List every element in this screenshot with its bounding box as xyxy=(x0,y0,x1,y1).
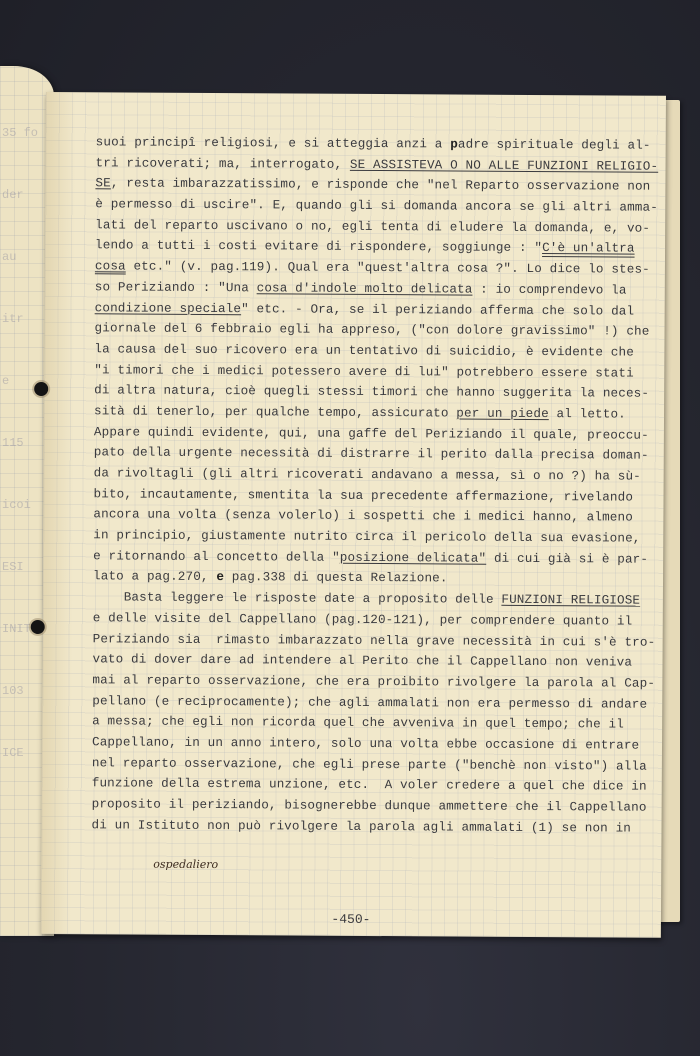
text-line: proposito il periziando, bisognerebbe du… xyxy=(92,794,652,818)
text-run: sità di tenerlo, per qualche tempo, assi… xyxy=(94,404,456,420)
ghost-text: INIT xyxy=(2,622,31,636)
text-run: pato della urgente necessità di distrarr… xyxy=(94,446,649,463)
handwritten-insertion: ospedaliero xyxy=(153,858,218,871)
text-run: suoi principî religiosi, e si atteggia a… xyxy=(96,135,451,151)
text-run: ancora una volta (senza volerlo) i sospe… xyxy=(93,508,633,525)
ghost-text: e xyxy=(2,374,9,388)
text-run: Appare quindi evidente, qui, una gaffe d… xyxy=(94,425,649,442)
document-body: suoi principî religiosi, e si atteggia a… xyxy=(91,132,655,839)
underlined-text: SE xyxy=(95,177,111,191)
underlined-text: per un piede xyxy=(456,406,549,421)
ghost-text: 115 xyxy=(2,436,24,450)
text-run: vato di dover dare ad intendere al Perit… xyxy=(92,652,632,669)
text-run: pag.338 di questa Relazione. xyxy=(224,571,448,586)
text-run: , resta imbarazzatissimo, e risponde che… xyxy=(111,177,651,194)
text-run: di un Istituto non può rivolgere la paro… xyxy=(91,818,631,835)
text-run: da rivoltagli (gli altri ricoverati anda… xyxy=(94,466,641,483)
text-run: so Periziando : "Una xyxy=(95,280,257,295)
text-run: e ritornando al concetto della " xyxy=(93,549,340,565)
underlined-text: condizione speciale xyxy=(95,301,242,316)
binder-hole-top xyxy=(34,382,48,396)
text-run: funzione della estrema unzione, etc. A v… xyxy=(92,777,647,794)
text-line: so Periziando : "Una cosa d'indole molto… xyxy=(95,277,655,301)
text-run: la causa del suo ricovero era un tentati… xyxy=(94,342,634,359)
text-run: tri ricoverati; ma, interrogato, xyxy=(96,156,350,172)
text-run: nel reparto osservazione, che egli prese… xyxy=(92,756,647,773)
underlined-text: FUNZIONI RELIGIOSE xyxy=(501,593,640,608)
text-line: di un Istituto non può rivolgere la paro… xyxy=(91,815,651,839)
text-run: mai al reparto osservazione, che era pro… xyxy=(92,673,655,690)
text-run: in principio, giustamente nutrito circa … xyxy=(93,528,640,545)
text-run: Periziando sia rimasto imbarazzato nella… xyxy=(93,632,656,649)
ghost-text: der xyxy=(2,188,24,202)
text-run: di altra natura, cioè quegli stessi timo… xyxy=(94,384,649,401)
ghost-text: 103 xyxy=(2,684,24,698)
text-run: etc." (v. pag.119). Qual era "quest'altr… xyxy=(126,260,650,277)
text-run: pellano (e reciprocamente); che agli amm… xyxy=(92,694,647,711)
text-run: giornale del 6 febbraio egli ha appreso,… xyxy=(95,321,650,338)
underlined-text: cosa d'indole molto delicata xyxy=(257,281,473,296)
text-run: "i timori che i medici potessero avere d… xyxy=(94,363,634,380)
underlined-text: SE ASSISTEVA O NO ALLE FUNZIONI RELIGIO- xyxy=(350,158,658,174)
text-run: lendo a tutti i costi evitare di rispond… xyxy=(95,239,542,256)
text-line: la causa del suo ricovero era un tentati… xyxy=(94,339,654,363)
text-run: : io comprendevo la xyxy=(472,282,626,297)
binder-hole-bottom xyxy=(31,620,45,634)
text-run: al letto. xyxy=(549,407,626,421)
text-run: lati del reparto uscivano o no, egli ten… xyxy=(95,218,650,235)
text-run: a messa; che egli non ricorda quel che a… xyxy=(92,715,624,732)
text-line: e delle visite del Cappellano (pag.120-1… xyxy=(93,608,653,632)
text-line: Cappellano, in un anno intero, solo una … xyxy=(92,732,652,756)
ghost-text: ICE xyxy=(2,746,24,760)
underlined-text: posizione delicata" xyxy=(340,551,487,566)
text-run: di cui già si è par- xyxy=(486,551,648,566)
text-run: e delle visite del Cappellano (pag.120-1… xyxy=(93,611,633,628)
text-line: mai al reparto osservazione, che era pro… xyxy=(92,670,652,694)
text-run: è permesso di uscire". E, quando gli si … xyxy=(95,197,658,214)
text-run: adre spirituale degli al- xyxy=(458,138,651,153)
ghost-text: ESI xyxy=(2,560,24,574)
underlined-text: cosa xyxy=(95,259,126,273)
typewritten-page: suoi principî religiosi, e si atteggia a… xyxy=(41,92,666,938)
ghost-text: itr xyxy=(2,312,24,326)
text-run: lato a pag.270, xyxy=(93,570,216,585)
underlined-text: C'è un'altra xyxy=(542,241,635,256)
text-line: sità di tenerlo, per qualche tempo, assi… xyxy=(94,401,654,425)
ghost-text: au xyxy=(2,250,16,264)
text-run: Basta leggere le risposte date a proposi… xyxy=(93,590,502,606)
text-run: bito, incautamente, smentita la sua prec… xyxy=(94,487,634,504)
ghost-text: icoi xyxy=(2,498,31,512)
text-run: proposito il periziando, bisognerebbe du… xyxy=(92,797,647,814)
text-run: e xyxy=(216,570,224,584)
text-run: Cappellano, in un anno intero, solo una … xyxy=(92,735,639,752)
ghost-text: 35 fo xyxy=(2,126,38,140)
text-run: " etc. - Ora, se il periziando afferma c… xyxy=(241,302,634,318)
text-line: da rivoltagli (gli altri ricoverati anda… xyxy=(94,463,654,487)
page-number: -450- xyxy=(41,910,661,929)
text-line: suoi principî religiosi, e si atteggia a… xyxy=(96,132,656,156)
